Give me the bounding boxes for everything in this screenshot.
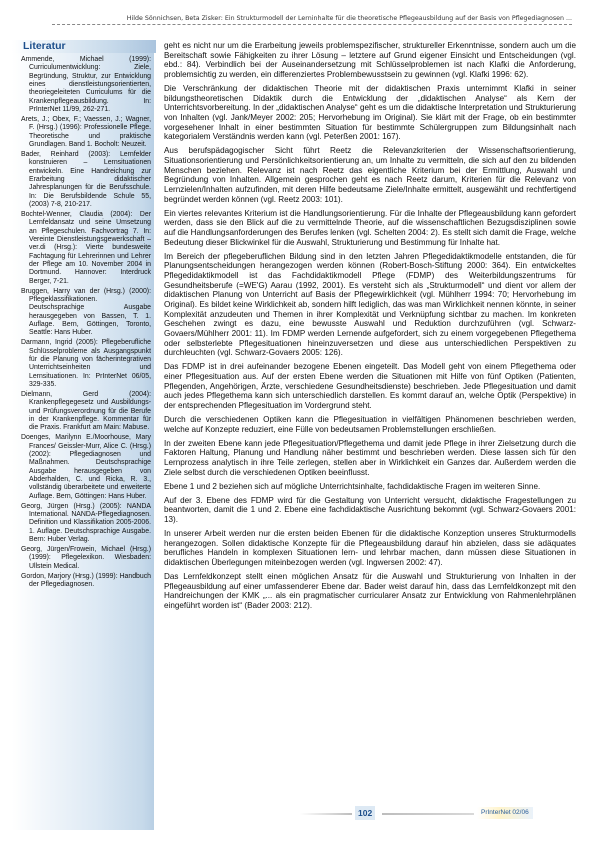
page-number: 102 <box>355 806 375 820</box>
paragraph: Durch die verschiedenen Optiken kann die… <box>164 415 576 434</box>
paragraph: Das Lernfeldkonzept stellt einen möglich… <box>164 572 576 611</box>
paragraph: Im Bereich der pflegeberuflichen Bildung… <box>164 252 576 358</box>
reference-item: Arets, J.; Obex, F.; Vaessen, J.; Wagner… <box>21 116 151 149</box>
reference-item: Dielmann, Gerd (2004): Krankenpflegegese… <box>21 391 151 433</box>
reference-item: Ammende, Michael (1999): Curriculumentwi… <box>21 56 151 114</box>
reference-item: Bochtel-Wenner, Claudia (2004): Der Lern… <box>21 211 151 286</box>
paragraph: In der zweiten Ebene kann jede Pflegesit… <box>164 439 576 478</box>
paragraph: In unserer Arbeit werden nur die ersten … <box>164 529 576 568</box>
reference-item: Doenges, Marilynn E./Moorhouse, Mary Fra… <box>21 434 151 501</box>
paragraph: geht es nicht nur um die Erarbeitung jew… <box>164 41 576 80</box>
paragraph: Aus berufspädagogischer Sicht führt Reet… <box>164 146 576 204</box>
journal-issue: PrInterNet 02/06 <box>477 807 533 819</box>
paragraph: Auf der 3. Ebene des FDMP wird für die G… <box>164 496 576 525</box>
reference-item: Bader, Reinhard (2003): Lernfelder konst… <box>21 151 151 209</box>
running-header: Hilde Sönnichsen, Beta Zisker: Ein Struk… <box>52 14 572 25</box>
reference-list: Ammende, Michael (1999): Curriculumentwi… <box>21 56 151 591</box>
paragraph: Ein viertes relevantes Kriterium ist die… <box>164 209 576 248</box>
paragraph: Ebene 1 und 2 beziehen sich auf mögliche… <box>164 482 576 492</box>
footer-rule-right <box>382 813 474 815</box>
body-text: geht es nicht nur um die Erarbeitung jew… <box>164 41 576 615</box>
paragraph: Die Verschränkung der didaktischen Theor… <box>164 84 576 142</box>
reference-item: Darmann, Ingrid (2005): Pflegeberufliche… <box>21 339 151 389</box>
reference-item: Bruggen, Harry van der (Hrsg.) (2000): P… <box>21 288 151 338</box>
reference-item: Georg, Jürgen/Frowein, Michael (Hrsg.) (… <box>21 546 151 571</box>
paragraph: Das FDMP ist in drei aufeinander bezogen… <box>164 362 576 410</box>
references-heading: Literatur <box>23 40 66 53</box>
reference-item: Gordon, Marjory (Hrsg.) (1999): Handbuch… <box>21 573 151 590</box>
footer-rule-left <box>300 813 352 815</box>
reference-item: Georg, Jürgen (Hrsg.) (2005): NANDA Inte… <box>21 503 151 545</box>
